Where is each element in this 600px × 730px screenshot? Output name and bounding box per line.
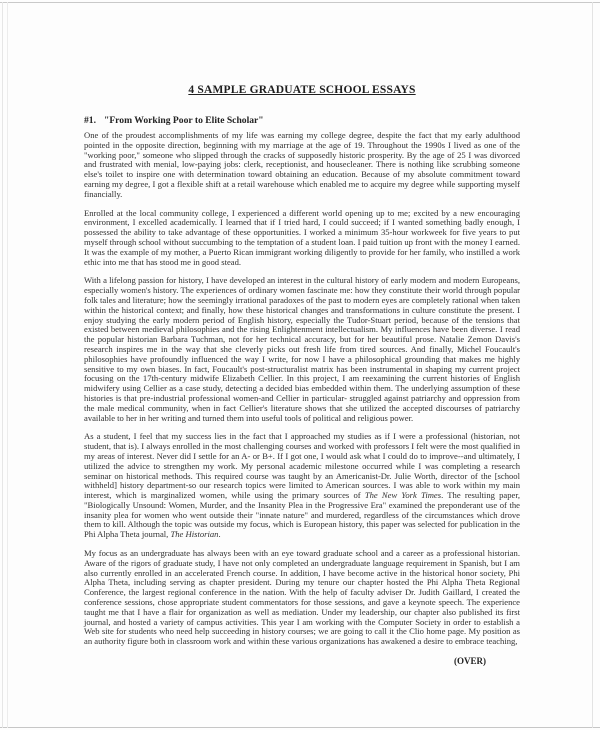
essay-number: #1.	[84, 115, 96, 126]
essay-heading-title: "From Working Poor to Elite Scholar"	[104, 115, 264, 126]
paragraph-text: My focus as an undergraduate has always …	[84, 548, 520, 646]
essay-body: One of the proudest accomplishments of m…	[84, 131, 520, 647]
essay-paragraph: One of the proudest accomplishments of m…	[84, 131, 520, 200]
paragraph-text: .	[218, 529, 220, 539]
page-edge-bottom	[0, 727, 600, 728]
over-label: (OVER)	[84, 656, 520, 666]
essay-paragraph: Enrolled at the local community college,…	[84, 209, 520, 268]
paragraph-text: With a lifelong passion for history, I h…	[84, 275, 520, 422]
essay-paragraph: My focus as an undergraduate has always …	[84, 549, 520, 647]
document-title: 4 SAMPLE GRADUATE SCHOOL ESSAYS	[84, 84, 520, 96]
paragraph-text: Enrolled at the local community college,…	[84, 208, 520, 267]
journal-title: The Historian	[170, 529, 218, 539]
essay-paragraph: With a lifelong passion for history, I h…	[84, 276, 520, 423]
document-page: 4 SAMPLE GRADUATE SCHOOL ESSAYS #1."From…	[0, 0, 600, 730]
paragraph-text: One of the proudest accomplishments of m…	[84, 130, 520, 199]
page-edge-left-inner	[7, 2, 8, 728]
essay-heading: #1."From Working Poor to Elite Scholar"	[84, 115, 520, 126]
publication-title: The New York Times	[365, 490, 441, 500]
document-content: 4 SAMPLE GRADUATE SCHOOL ESSAYS #1."From…	[84, 0, 520, 666]
essay-paragraph: As a student, I feel that my success lie…	[84, 432, 520, 540]
page-edge-left-outer	[2, 2, 3, 728]
page-edge-right	[592, 2, 593, 728]
